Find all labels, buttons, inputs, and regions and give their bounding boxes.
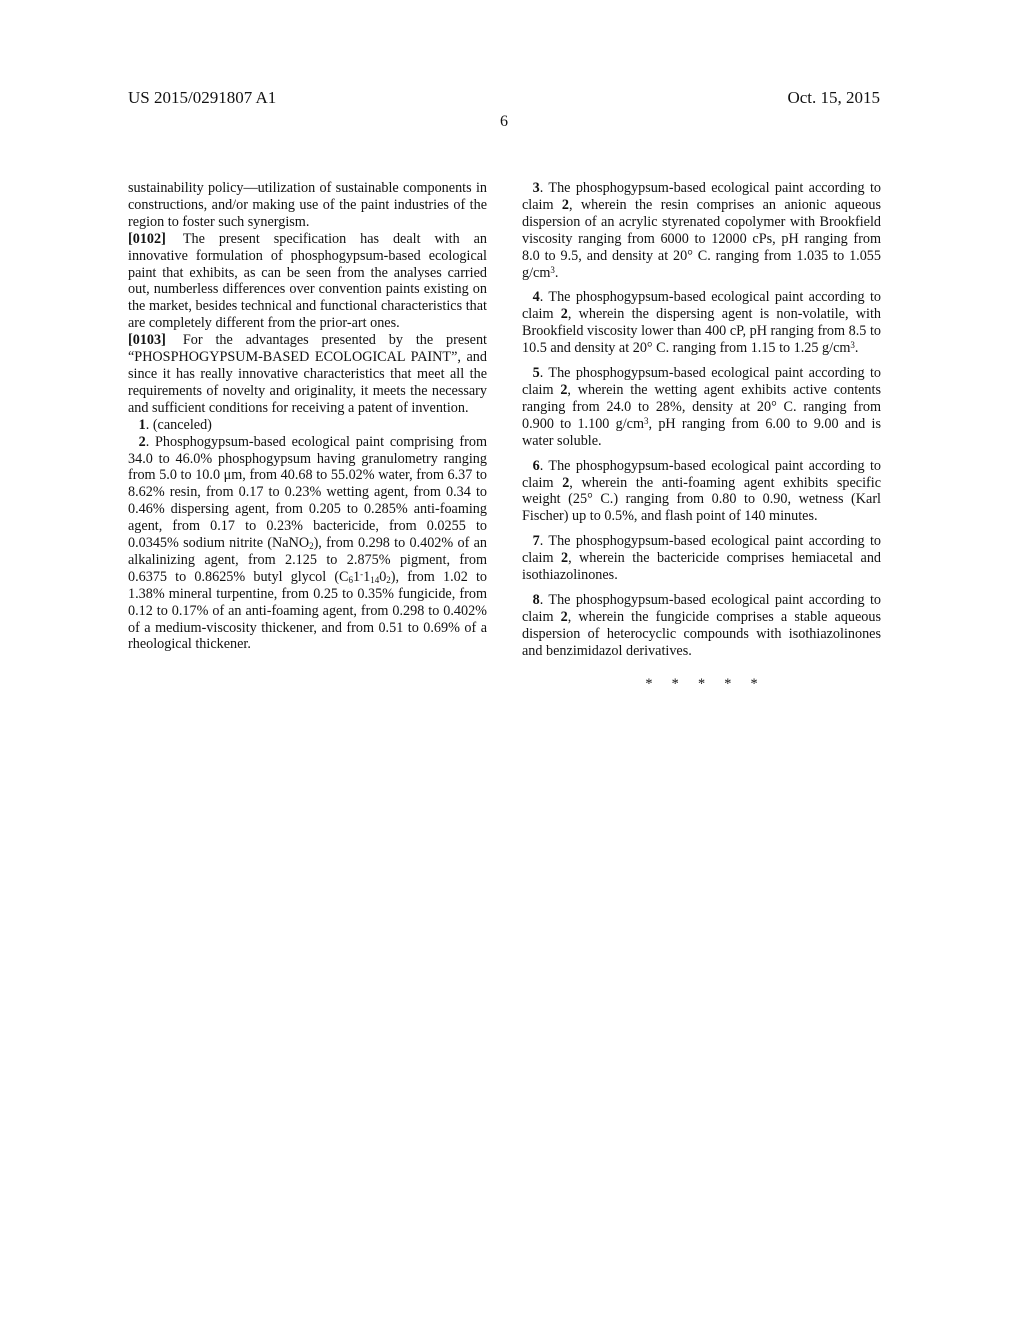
- body-paragraph: [0103]For the advantages presented by th…: [128, 332, 487, 417]
- claim-paragraph: 5. The phosphogypsum-based ecological pa…: [522, 365, 881, 450]
- body-paragraph: [0102]The present specification has deal…: [128, 231, 487, 332]
- left-column: sustainability policy—utilization of sus…: [128, 180, 487, 653]
- claims-list: 3. The phosphogypsum-based ecological pa…: [522, 180, 881, 660]
- page-number: 6: [128, 113, 880, 131]
- claim-paragraph: 2. Phosphogypsum-based ecological paint …: [128, 434, 487, 654]
- claim-paragraph: 1. (canceled): [128, 417, 487, 434]
- claim-paragraph: 6. The phosphogypsum-based ecological pa…: [522, 458, 881, 526]
- page-header: US 2015/0291807 A1 Oct. 15, 2015: [128, 88, 880, 108]
- right-column: 3. The phosphogypsum-based ecological pa…: [522, 180, 881, 692]
- patent-page: US 2015/0291807 A1 Oct. 15, 2015 6 susta…: [0, 0, 1024, 1320]
- body-paragraph: sustainability policy—utilization of sus…: [128, 180, 487, 231]
- claim-paragraph: 7. The phosphogypsum-based ecological pa…: [522, 533, 881, 584]
- publication-date: Oct. 15, 2015: [787, 88, 880, 108]
- claim-paragraph: 8. The phosphogypsum-based ecological pa…: [522, 592, 881, 660]
- claim-paragraph: 3. The phosphogypsum-based ecological pa…: [522, 180, 881, 281]
- patent-publication-number: US 2015/0291807 A1: [128, 88, 276, 108]
- claim-paragraph: 4. The phosphogypsum-based ecological pa…: [522, 289, 881, 357]
- claims-end-separator: * * * * *: [522, 676, 881, 693]
